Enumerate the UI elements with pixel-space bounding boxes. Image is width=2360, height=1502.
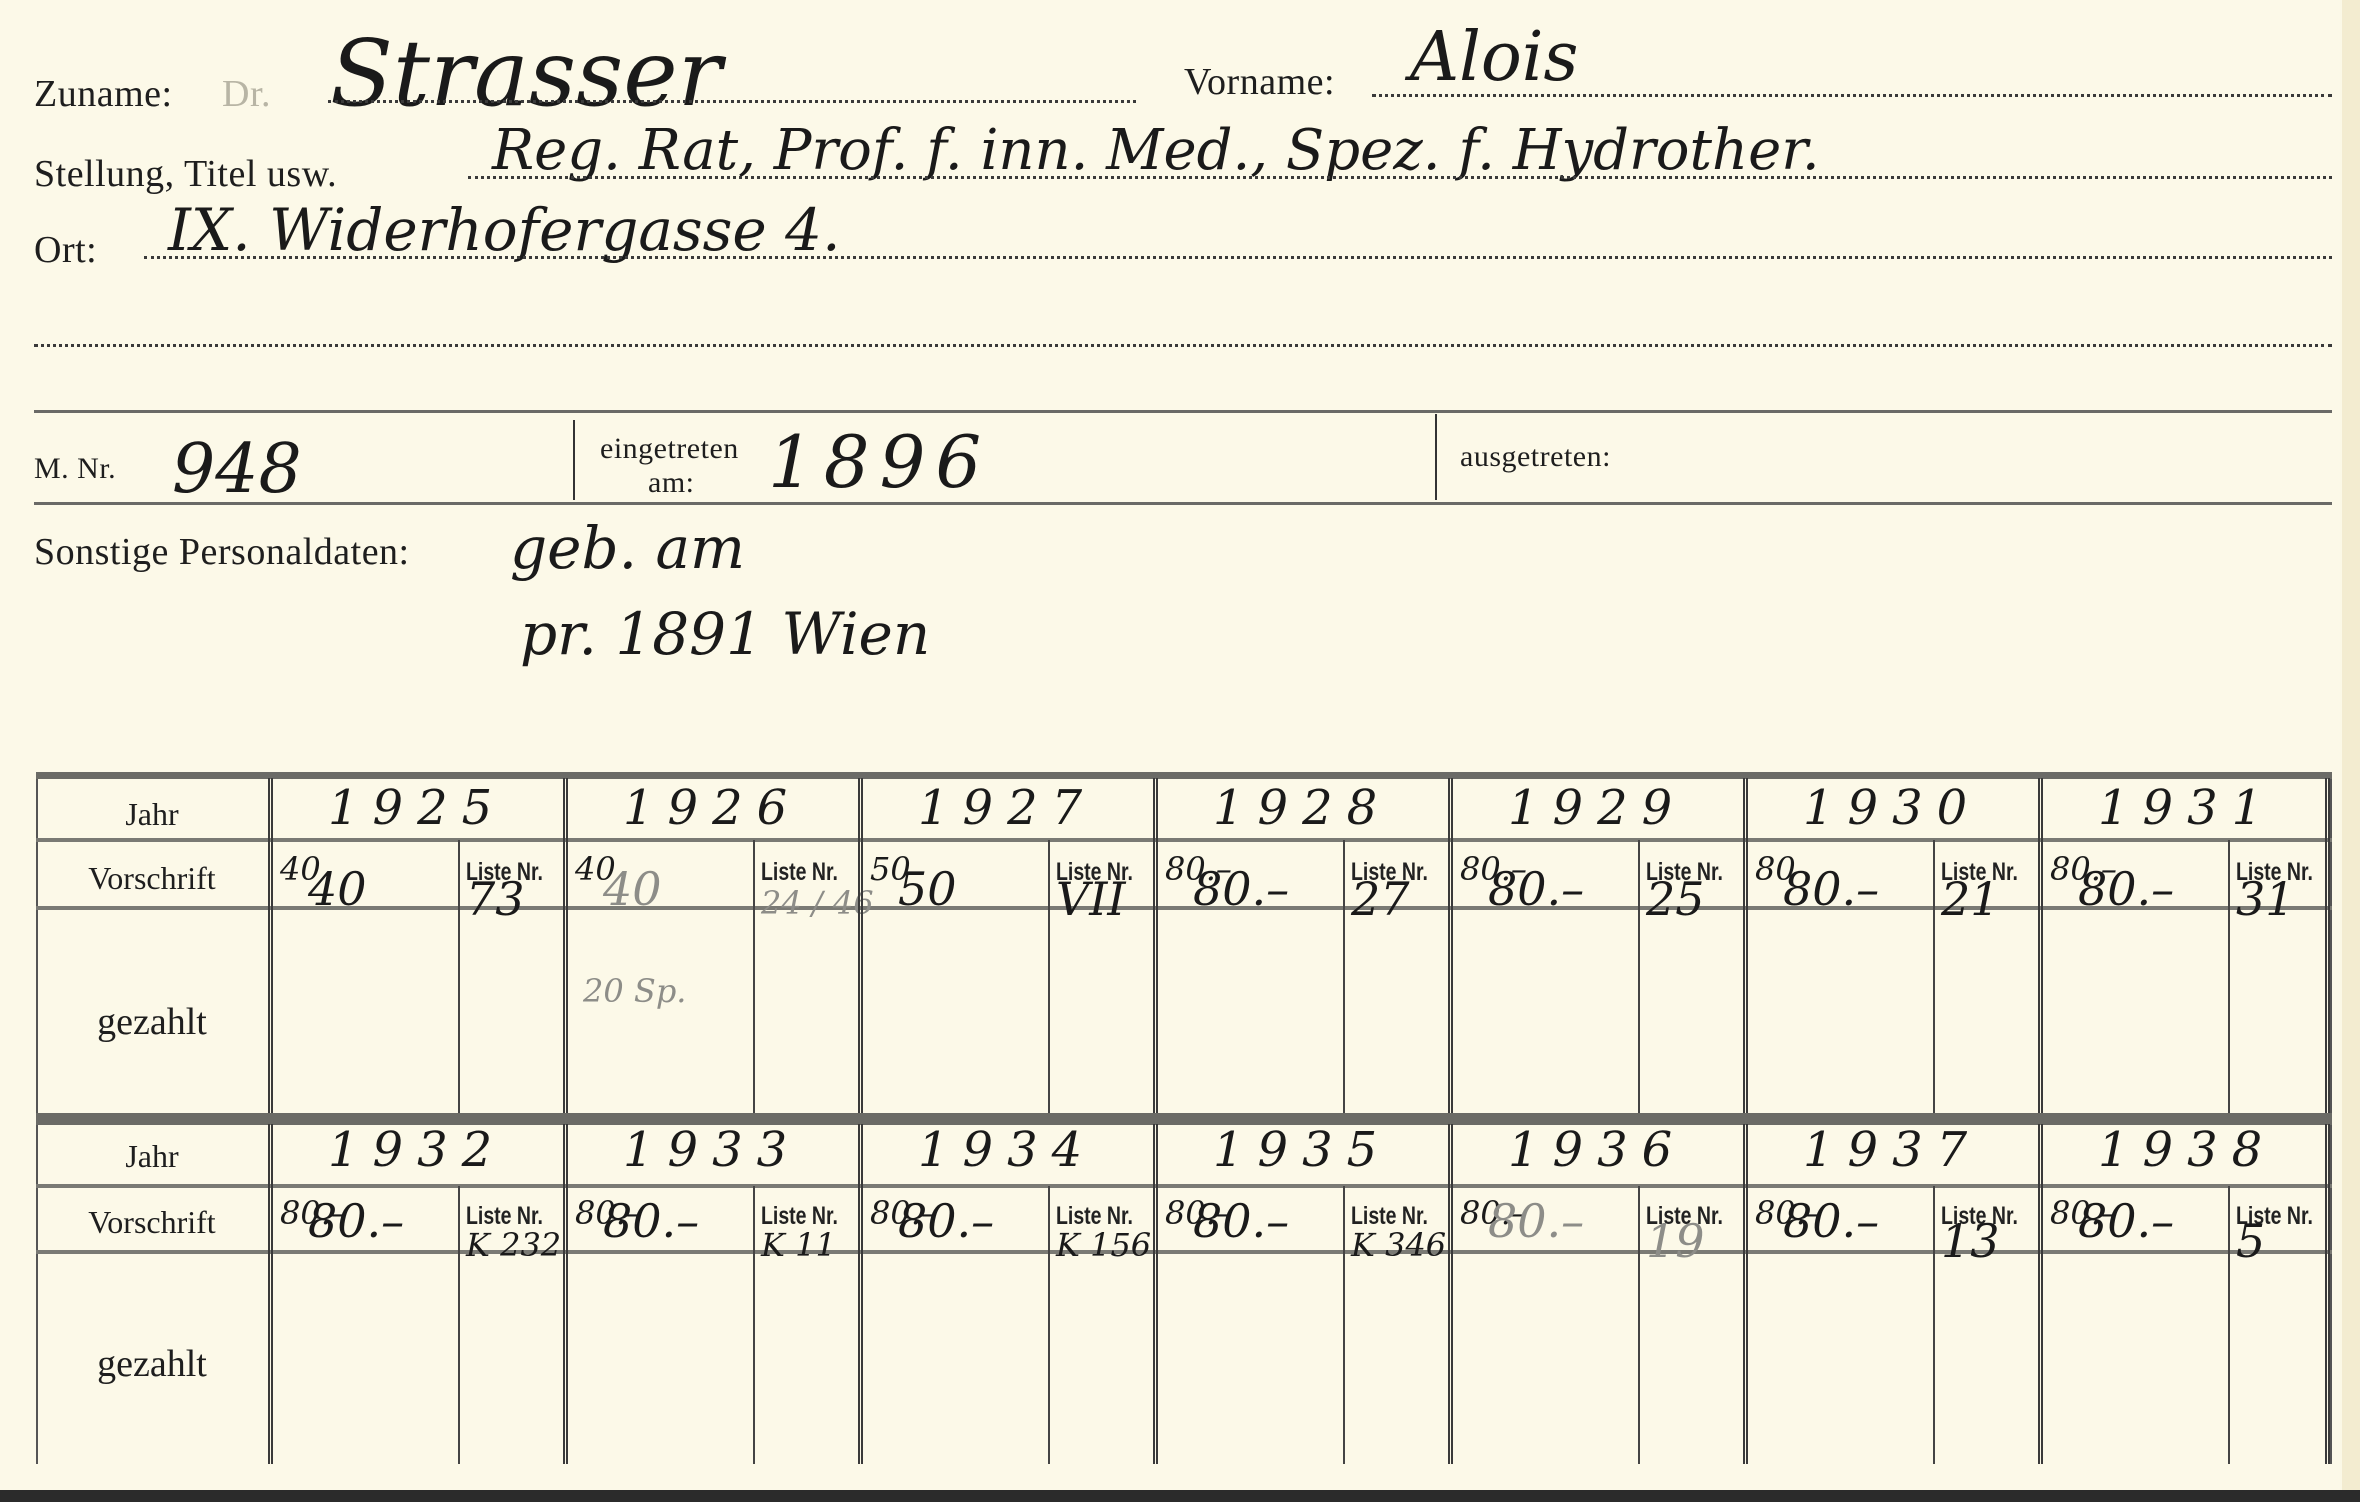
place-value: IX. Widerhofergasse 4. — [168, 196, 841, 264]
surname-dotted-line — [328, 100, 1136, 103]
list-no-value: K 346 — [1351, 1226, 1446, 1264]
year-value: 1928 — [1213, 780, 1391, 836]
list-no-value: 27 — [1351, 872, 1410, 926]
member-no-value: 948 — [172, 430, 302, 509]
paid-row-label: gezahlt — [36, 1000, 268, 1044]
prescribed-row-label: Vorschrift — [36, 860, 268, 897]
year-value: 1925 — [328, 780, 506, 836]
list-column-divider — [1638, 840, 1640, 1113]
surname-value: Strasser — [330, 20, 722, 127]
list-column-divider — [458, 840, 460, 1113]
year-column-divider — [1448, 778, 1453, 1113]
index-card: Zuname: Dr. Strasser Vorname: Alois Stel… — [0, 0, 2340, 1490]
year-value: 1929 — [1508, 780, 1686, 836]
paid-value: 80.– — [603, 1194, 699, 1248]
list-column-divider — [458, 1186, 460, 1464]
table-right-border — [2325, 778, 2330, 1113]
blank-dotted-line — [34, 344, 2332, 347]
year-column-divider — [268, 778, 273, 1113]
joined-label-line1: eingetreten — [600, 432, 739, 466]
year-value: 1933 — [623, 1122, 801, 1178]
year-value: 1926 — [623, 780, 801, 836]
paid-value: 50 — [898, 862, 957, 916]
paid-value: 80.– — [1488, 862, 1584, 916]
list-no-value: 73 — [466, 872, 525, 926]
list-no-value: VII — [1056, 872, 1126, 926]
year-value: 1932 — [328, 1122, 506, 1178]
list-column-divider — [1343, 1186, 1345, 1464]
list-no-value: K 11 — [761, 1226, 836, 1264]
position-label: Stellung, Titel usw. — [34, 152, 337, 196]
year-value: 1938 — [2098, 1122, 2276, 1178]
firstname-dotted-line — [1372, 94, 2332, 97]
left-label: ausgetreten: — [1460, 440, 1611, 474]
place-label: Ort: — [34, 228, 97, 272]
year-column-divider — [858, 778, 863, 1113]
list-column-divider — [1933, 1186, 1935, 1464]
paid-row-label: gezahlt — [36, 1342, 268, 1386]
year-column-divider — [858, 1124, 863, 1464]
firstname-value: Alois — [1410, 18, 1578, 97]
year-value: 1931 — [2098, 780, 2276, 836]
year-value: 1937 — [1803, 1122, 1981, 1178]
list-no-value: K 232 — [466, 1226, 561, 1264]
band-bottom-rule — [34, 502, 2332, 505]
year-column-divider — [1153, 1124, 1158, 1464]
list-column-divider — [753, 840, 755, 1113]
year-row-label: Jahr — [36, 1138, 268, 1175]
paid-value: 80.– — [1488, 1194, 1584, 1248]
list-column-divider — [753, 1186, 755, 1464]
paid-value: 80.– — [898, 1194, 994, 1248]
table-right-border — [2325, 1124, 2330, 1464]
list-no-value: 24 / 46 — [761, 884, 874, 922]
paid-value: 80.– — [2078, 1194, 2174, 1248]
surname-prefix: Dr. — [222, 72, 271, 116]
card-right-margin — [2342, 0, 2360, 1502]
list-column-divider — [2228, 1186, 2230, 1464]
paid-value: 40 — [603, 862, 662, 916]
list-no-value: 13 — [1941, 1214, 2000, 1268]
list-no-header: Liste Nr. — [761, 858, 838, 887]
list-column-divider — [1048, 840, 1050, 1113]
paid-value: 80.– — [1193, 862, 1289, 916]
paid-value: 80.– — [1783, 862, 1879, 916]
place-dotted-line — [144, 256, 2332, 259]
list-column-divider — [2228, 840, 2230, 1113]
list-column-divider — [1343, 840, 1345, 1113]
list-no-value: K 156 — [1056, 1226, 1151, 1264]
year-column-divider — [1153, 778, 1158, 1113]
surname-label: Zuname: — [34, 72, 173, 116]
year-column-divider — [1743, 1124, 1748, 1464]
year-column-divider — [2038, 778, 2043, 1113]
year-column-divider — [1448, 1124, 1453, 1464]
year-column-divider — [1743, 778, 1748, 1113]
band-divider-1 — [573, 420, 575, 500]
year-value: 1935 — [1213, 1122, 1391, 1178]
paid-extra-value: 20 Sp. — [583, 972, 686, 1010]
year-value: 1927 — [918, 780, 1096, 836]
year-column-divider — [2038, 1124, 2043, 1464]
paid-value: 80.– — [1193, 1194, 1289, 1248]
list-no-value: 25 — [1646, 872, 1705, 926]
list-no-value: 31 — [2236, 872, 2295, 926]
list-column-divider — [1048, 1186, 1050, 1464]
joined-value: 1896 — [768, 420, 991, 504]
firstname-label: Vorname: — [1184, 60, 1335, 104]
band-top-rule — [34, 410, 2332, 413]
card-bottom-edge — [0, 1490, 2360, 1502]
list-no-value: 5 — [2236, 1214, 2265, 1268]
payment-table-1925-1931: Jahr Vorschrift gezahlt 192540Liste Nr.4… — [36, 772, 2332, 1120]
paid-value: 80.– — [308, 1194, 404, 1248]
list-column-divider — [1933, 840, 1935, 1113]
other-data-label: Sonstige Personaldaten: — [34, 530, 410, 574]
other-data-line1: geb. am — [510, 514, 745, 582]
paid-value: 80.– — [2078, 862, 2174, 916]
band-divider-2 — [1435, 414, 1437, 500]
prescribed-row-label: Vorschrift — [36, 1204, 268, 1241]
year-row-label: Jahr — [36, 796, 268, 833]
year-value: 1930 — [1803, 780, 1981, 836]
year-column-divider — [268, 1124, 273, 1464]
year-value: 1936 — [1508, 1122, 1686, 1178]
list-column-divider — [1638, 1186, 1640, 1464]
joined-label-line2: am: — [648, 466, 695, 500]
year-value: 1934 — [918, 1122, 1096, 1178]
list-no-value: 19 — [1646, 1214, 1705, 1268]
position-value: Reg. Rat, Prof. f. inn. Med., Spez. f. H… — [492, 118, 1820, 183]
paid-value: 80.– — [1783, 1194, 1879, 1248]
position-dotted-line — [468, 176, 2332, 179]
paid-value: 40 — [308, 862, 367, 916]
payment-table-1932-1938: Jahr Vorschrift gezahlt 193280.–Liste Nr… — [36, 1118, 2332, 1464]
other-data-line2: pr. 1891 Wien — [520, 600, 930, 668]
year-column-divider — [563, 1124, 568, 1464]
list-no-value: 21 — [1941, 872, 2000, 926]
member-no-label: M. Nr. — [34, 452, 116, 486]
year-column-divider — [563, 778, 568, 1113]
